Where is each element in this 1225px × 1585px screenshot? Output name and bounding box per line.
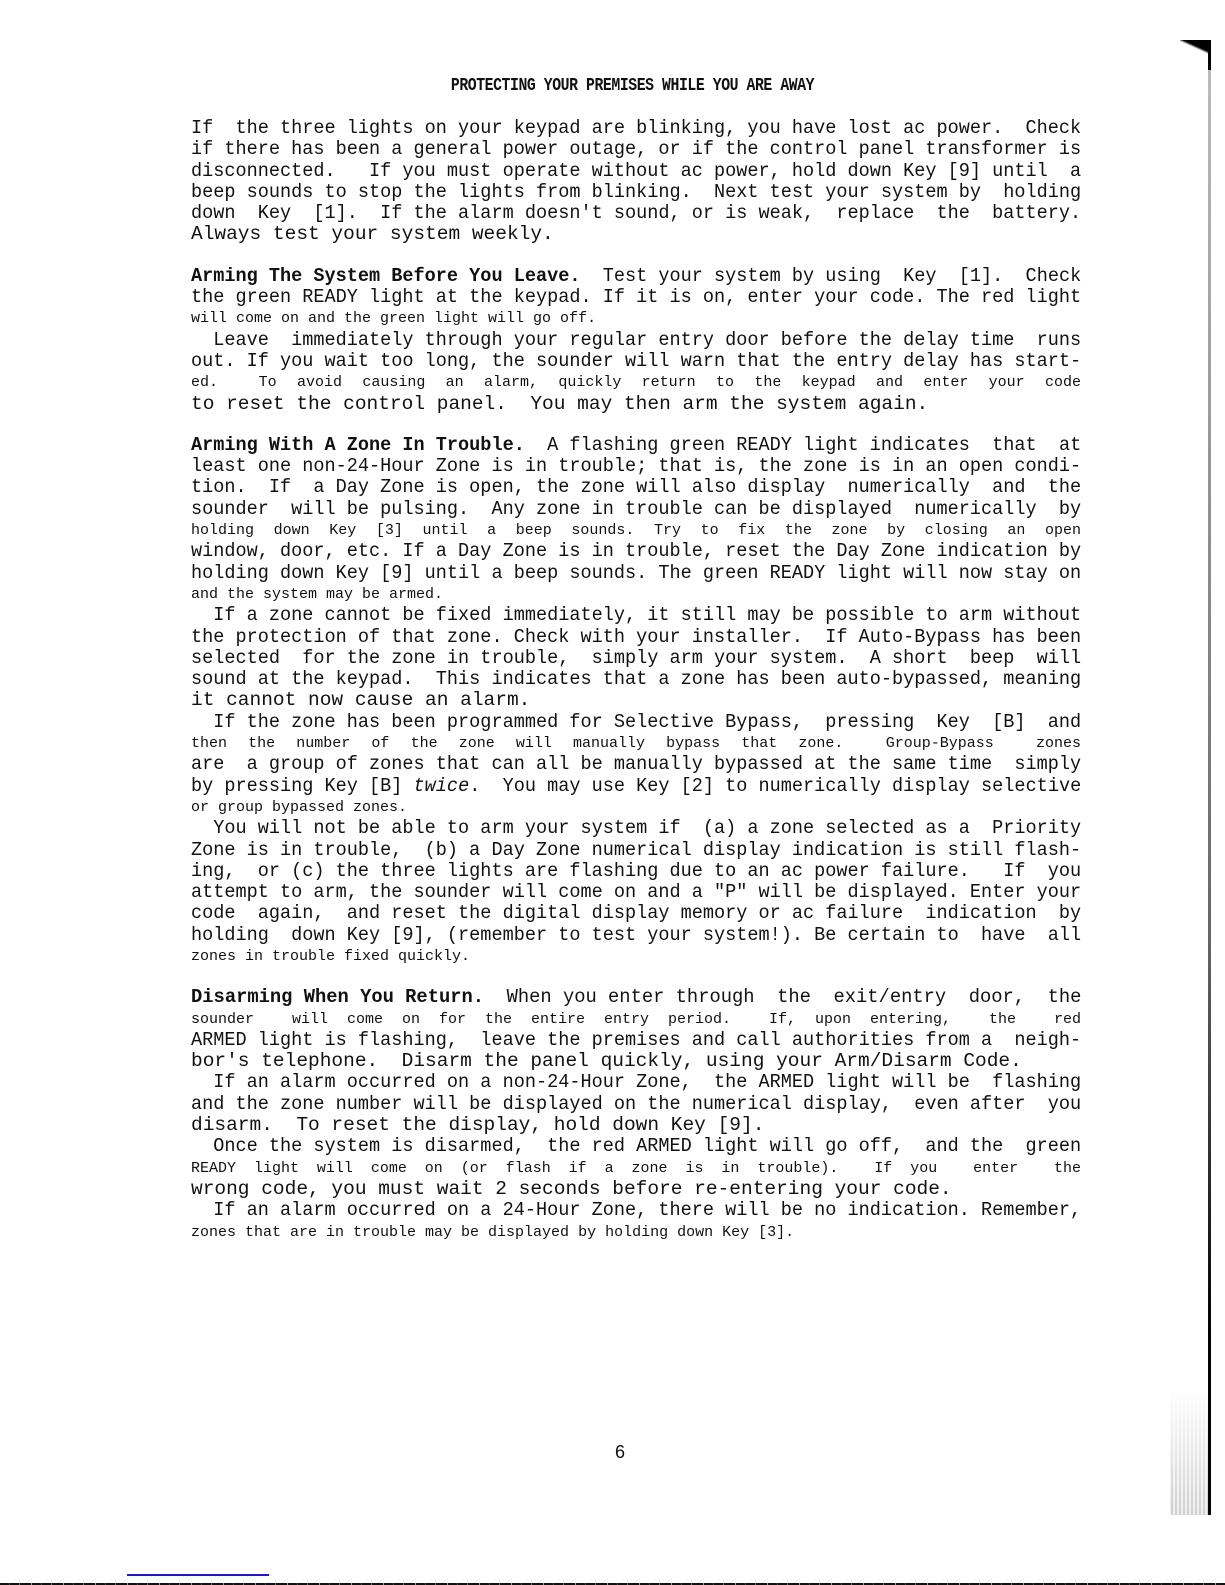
text-line: READY light will come on (or flash if a … [191, 1158, 1081, 1179]
text-line: or group bypassed zones. [191, 797, 1081, 818]
text-line: Arming With A Zone In Trouble. A flashin… [191, 435, 1081, 456]
text-line: sounder will come on for the entire entr… [191, 1009, 1081, 1030]
text-line: the protection of that zone. Check with … [191, 627, 1081, 648]
text-line: holding down Key [9] until a beep sounds… [191, 563, 1081, 584]
section-disarming: Disarming When You Return. When you ente… [191, 987, 1081, 1243]
section-heading: Arming With A Zone In Trouble. [191, 434, 525, 456]
text-line: Arming The System Before You Leave. Test… [191, 266, 1081, 287]
text-line: beep sounds to stop the lights from blin… [191, 182, 1081, 203]
text-line: out. If you wait too long, the sounder w… [191, 351, 1081, 372]
text-line: disarm. To reset the display, hold down … [191, 1115, 1081, 1136]
section-heading: Arming The System Before You Leave. [191, 265, 580, 287]
text-run: When you enter through the exit/entry do… [484, 986, 1081, 1008]
text-line: Zone is in trouble, (b) a Day Zone numer… [191, 840, 1081, 861]
emphasis-twice: twice [414, 775, 470, 797]
text-line: then the number of the zone will manuall… [191, 733, 1081, 754]
text-line: Once the system is disarmed, the red ARM… [191, 1136, 1081, 1157]
text-line: holding down Key [3] until a beep sounds… [191, 520, 1081, 541]
text-line: zones that are in trouble may be display… [191, 1222, 1081, 1243]
text-line: wrong code, you must wait 2 seconds befo… [191, 1179, 1081, 1200]
text-line: it cannot now cause an alarm. [191, 690, 1081, 711]
text-run: Test your system by using Key [1]. Check [580, 265, 1081, 287]
text-line: Disarming When You Return. When you ente… [191, 987, 1081, 1008]
text-line: holding down Key [9], (remember to test … [191, 925, 1081, 946]
scan-edge-smudge [1170, 1390, 1208, 1515]
text-line: to reset the control panel. You may then… [191, 394, 1081, 415]
text-line: if there has been a general power outage… [191, 139, 1081, 160]
text-line: sound at the keypad. This indicates that… [191, 669, 1081, 690]
text-line: If a zone cannot be fixed immediately, i… [191, 605, 1081, 626]
text-line: attempt to arm, the sounder will come on… [191, 882, 1081, 903]
document-body: If the three lights on your keypad are b… [191, 118, 1081, 1263]
text-line: down Key [1]. If the alarm doesn't sound… [191, 203, 1081, 224]
text-line: If an alarm occurred on a non-24-Hour Zo… [191, 1072, 1081, 1093]
text-line: code again, and reset the digital displa… [191, 903, 1081, 924]
link-underline[interactable] [127, 1574, 269, 1576]
section-ac-power: If the three lights on your keypad are b… [191, 118, 1081, 246]
scan-edge-corner [1180, 40, 1211, 54]
text-line: You will not be able to arm your system … [191, 818, 1081, 839]
text-line: and the zone number will be displayed on… [191, 1094, 1081, 1115]
page-number: 6 [600, 1442, 640, 1463]
text-line: ed. To avoid causing an alarm, quickly r… [191, 372, 1081, 393]
scan-edge-line [1208, 40, 1211, 1515]
text-line: the green READY light at the keypad. If … [191, 287, 1081, 308]
text-line: will come on and the green light will go… [191, 308, 1081, 329]
text-run: . You may use Key [2] to numerically dis… [469, 775, 1081, 797]
text-line: If an alarm occurred on a 24-Hour Zone, … [191, 1200, 1081, 1221]
text-line: selected for the zone in trouble, simply… [191, 648, 1081, 669]
text-line: ARMED light is flashing, leave the premi… [191, 1030, 1081, 1051]
section-arming-before-leave: Arming The System Before You Leave. Test… [191, 266, 1081, 415]
text-line: disconnected. If you must operate withou… [191, 161, 1081, 182]
text-line: least one non-24-Hour Zone is in trouble… [191, 456, 1081, 477]
text-line: by pressing Key [B] twice. You may use K… [191, 776, 1081, 797]
text-line: If the zone has been programmed for Sele… [191, 712, 1081, 733]
section-arming-zone-trouble: Arming With A Zone In Trouble. A flashin… [191, 435, 1081, 967]
text-line: Leave immediately through your regular e… [191, 330, 1081, 351]
section-heading: Disarming When You Return. [191, 986, 484, 1008]
text-run: A flashing green READY light indicates t… [525, 434, 1081, 456]
text-line: tion. If a Day Zone is open, the zone wi… [191, 477, 1081, 498]
page-title: PROTECTING YOUR PREMISES WHILE YOU ARE A… [114, 76, 1151, 96]
text-run: by pressing Key [B] [191, 775, 414, 797]
text-line: Always test your system weekly. [191, 224, 1081, 245]
text-line: zones in trouble fixed quickly. [191, 946, 1081, 967]
text-line: are a group of zones that can all be man… [191, 754, 1081, 775]
text-line: bor's telephone. Disarm the panel quickl… [191, 1051, 1081, 1072]
text-line: sounder will be pulsing. Any zone in tro… [191, 499, 1081, 520]
text-line: ing, or (c) the three lights are flashin… [191, 861, 1081, 882]
text-line: If the three lights on your keypad are b… [191, 118, 1081, 139]
text-line: window, door, etc. If a Day Zone is in t… [191, 541, 1081, 562]
text-line: and the system may be armed. [191, 584, 1081, 605]
